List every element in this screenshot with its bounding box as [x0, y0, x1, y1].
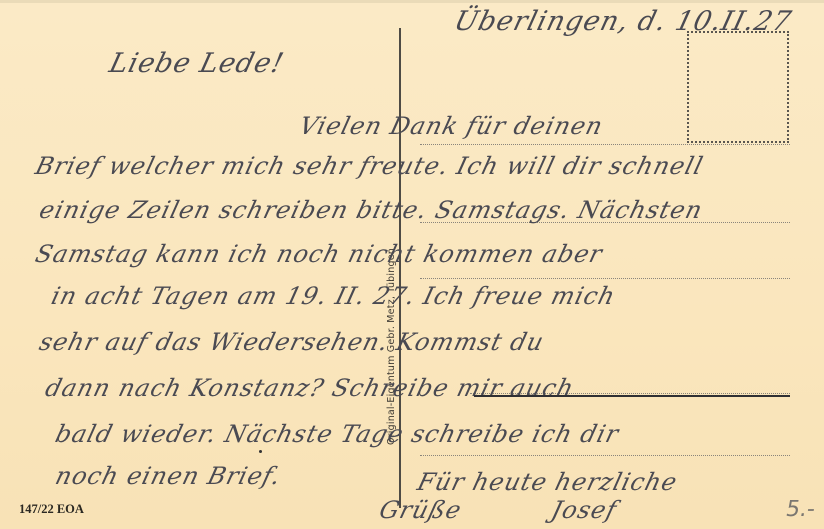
place-date: Überlingen, d. 10.II.27: [451, 6, 795, 37]
body-line-5: in acht Tagen am 19. II. 27. Ich freue m…: [49, 282, 619, 310]
card-edge: [0, 0, 824, 3]
stamp-box: [687, 31, 789, 143]
postcard: Original-Eigentum Gebr. Metz, Tübingen Ü…: [0, 0, 824, 529]
address-line-5: [420, 455, 790, 456]
catalog-number: 147/22 EOA: [19, 502, 84, 517]
body-line-9: noch einen Brief.: [53, 462, 285, 490]
body-line-4: Samstag kann ich noch nicht kommen aber: [33, 240, 606, 268]
greeting: Liebe Lede!: [106, 48, 287, 79]
ink-dot: [259, 450, 262, 453]
address-line-3: [420, 278, 790, 279]
body-line-2: Brief welcher mich sehr freute. Ich will…: [33, 152, 707, 180]
body-line-3: einige Zeilen schreiben bitte. Samstags.…: [37, 196, 706, 224]
body-line-1: Vielen Dank für deinen: [297, 112, 607, 140]
price-mark: 5.-: [784, 497, 817, 522]
strikethrough-line: [474, 395, 790, 397]
address-line-1: [420, 144, 790, 145]
body-line-11: Grüße: [377, 496, 465, 524]
body-line-7: dann nach Konstanz? Schreibe mir auch: [43, 374, 578, 402]
body-line-8: bald wieder. Nächste Tage schreibe ich d…: [53, 420, 623, 448]
body-line-6: sehr auf das Wiedersehen. Kommst du: [37, 328, 548, 356]
signature: Josef: [549, 496, 620, 524]
body-line-10: Für heute herzliche: [415, 468, 681, 496]
